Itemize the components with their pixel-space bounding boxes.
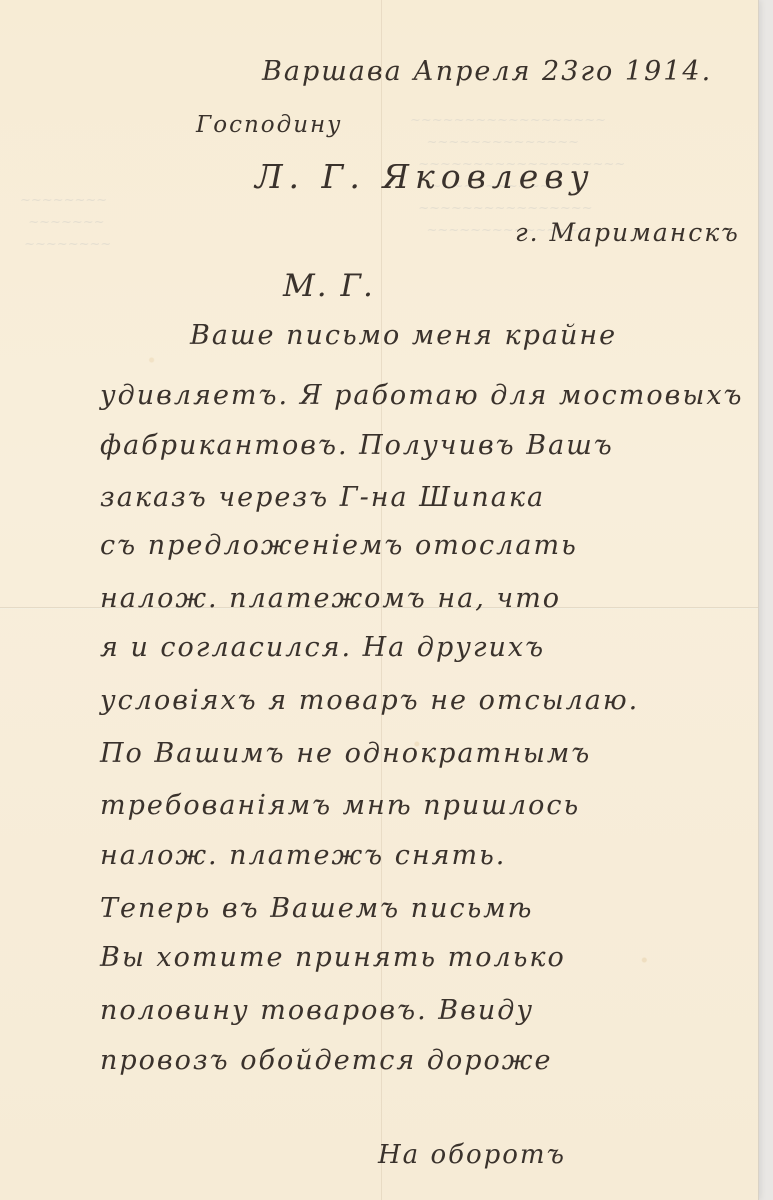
body-line: провозъ обойдется дороже [100,1045,552,1076]
body-line: половину товаровъ. Ввиду [100,995,534,1026]
body-line: Ваше письмо меня крайне [190,320,617,351]
body-line: Вы хотите принять только [100,942,566,973]
body-line: съ предложеніемъ отослать [100,530,578,561]
show-through-text: ~~~~~~~~ ~~~~~~~ ~~~~~~~~ [20,190,111,256]
greeting: М. Г. [283,268,375,304]
body-line: я и согласился. На другихъ [100,632,545,663]
recipient-name: Л. Г. Яковлеву [255,157,595,196]
letter-page: ~~~~~~~~~~~~~~~~~~ ~~~~~~~~~~~~~~ ~~~~~~… [0,0,758,1200]
salutation-prefix: Господину [196,112,343,138]
place-date: Варшава Апреля 23го 1914. [262,56,712,87]
body-line: удивляетъ. Я работаю для мостовыхъ [100,380,744,411]
continuation-note: На оборотъ [378,1140,566,1170]
body-line: требованіямъ мнѣ пришлось [100,790,580,821]
body-line: По Вашимъ не однократнымъ [100,738,591,769]
body-line: условіяхъ я товаръ не отсылаю. [100,685,639,716]
body-line: заказъ черезъ Г-на Шипака [100,482,545,513]
recipient-city: г. Мариманскъ [515,218,740,247]
body-line: Теперь въ Вашемъ письмѣ [100,893,533,924]
body-line: фабрикантовъ. Получивъ Вашъ [100,430,614,461]
body-line: налож. платежъ снять. [100,840,506,871]
body-line: налож. платежомъ на, что [100,583,561,614]
